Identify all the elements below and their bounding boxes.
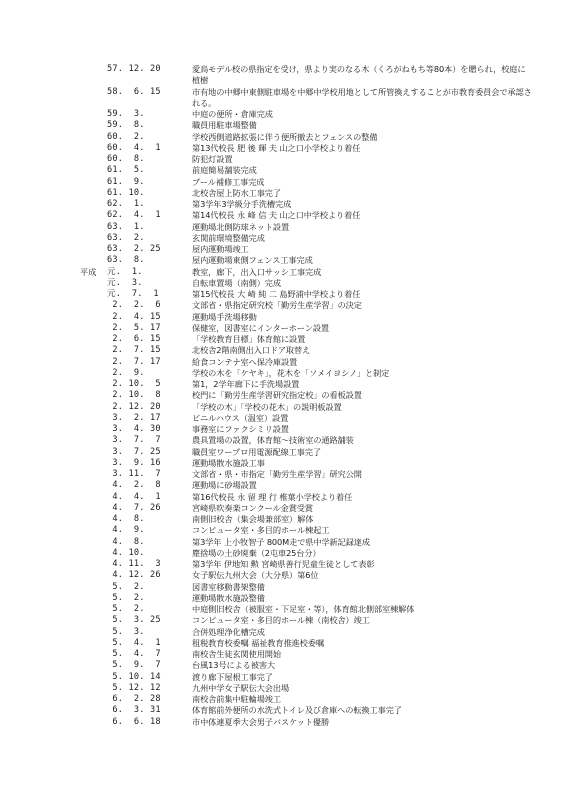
entry-date: 62. 4. 1 [107,210,187,221]
timeline-entry: 62. 1. 第3学年3学級分手洗槽完成 [0,199,566,210]
entry-text: 渡り廊下屋根工事完了 [192,672,532,683]
entry-text: 北校舎屋上防水工事完了 [192,188,532,199]
entry-date: 2. 6. 15 [107,334,187,345]
entry-text: 運動場に砂場設置 [192,480,532,491]
entry-date: 5. 4. 7 [107,649,187,660]
timeline-entry: 60. 8. 防犯灯設置 [0,154,566,165]
entry-text: 第1，2学年廊下に手洗場設置 [192,379,532,390]
school-history-timeline: 57. 12. 20 愛鳥モデル校の県指定を受け，県より実のなる木（くろがねもち… [0,64,566,728]
entry-text: コンピュータ室・多目的ホール棟（南校舎）竣工 [192,615,532,626]
timeline-entry: 5. 4. 7 南校舎生徒玄関使用開始 [0,649,566,660]
entry-text: 保健室，図書室にインターホーン設置 [192,323,532,334]
entry-date: 5. 4. 1 [107,638,187,649]
entry-text: 第15代校長 大 崎 純 二 島野浦中学校より着任 [192,289,532,300]
timeline-entry: 2. 5. 17 保健室，図書室にインターホーン設置 [0,323,566,334]
timeline-entry: 4. 8. 南側旧校舎（集会場兼部室）解体 [0,514,566,525]
entry-text: 防犯灯設置 [192,154,532,165]
timeline-entry: 5. 2. 中庭側旧校舎（被服室・下足室・等），体育館北側部室棟解体 [0,604,566,615]
timeline-entry: 3. 9. 16 運動場散水施設工事 [0,458,566,469]
entry-date: 63. 2. [107,233,187,244]
entry-date: 62. 1. [107,199,187,210]
entry-text: 事務室にファクシミリ設置 [192,424,532,435]
timeline-entry: 5. 12. 12 九州中学女子駅伝大会出場 [0,683,566,694]
entry-text: 第3学年3学級分手洗槽完成 [192,199,532,210]
timeline-entry: 61. 5. 前庭簡易舗装完成 [0,165,566,176]
entry-date: 5. 3. 25 [107,615,187,626]
entry-date: 2. 10. 5 [107,379,187,390]
timeline-entry: 60. 4. 1 第13代校長 肥 後 輝 夫 山之口小学校より着任 [0,143,566,154]
timeline-entry: 2. 9. 学校の木を「ケヤキ」，花木を「ソメイヨシノ」と制定 [0,368,566,379]
timeline-entry: 4. 10. 塵捨場の土砂廃棄（2屯車25台分） [0,548,566,559]
entry-date: 5. 2. [107,593,187,604]
timeline-entry: 元. 7. 1 第15代校長 大 崎 純 二 島野浦中学校より着任 [0,289,566,300]
entry-text: 職員室ワープロ用電源配線工事完了 [192,447,532,458]
timeline-entry: 2. 7. 15 北校舎2階南側出入口ドア取替え [0,345,566,356]
entry-date: 2. 10. 8 [107,390,187,401]
entry-date: 2. 7. 17 [107,357,187,368]
entry-date: 4. 12. 26 [107,570,187,581]
entry-date: 60. 2. [107,132,187,143]
entry-text: 台風13号による被害大 [192,660,532,671]
entry-text: コンピュータ室・多目的ホール棟起工 [192,525,532,536]
entry-date: 6. 6. 18 [107,717,187,728]
entry-date: 57. 12. 20 [107,64,187,75]
entry-date: 元. 7. 1 [107,289,187,300]
timeline-entry: 63. 2. 玄関前環境整備完成 [0,233,566,244]
entry-date: 4. 8. [107,514,187,525]
entry-text: 運動場散水施設整備 [192,593,532,604]
timeline-entry: 2. 7. 17 給食コンテナ室へ保冷庫設置 [0,357,566,368]
entry-text: 給食コンテナ室へ保冷庫設置 [192,357,532,368]
timeline-entry: 4. 12. 26 女子駅伝九州大会（大分県）第6位 [0,570,566,581]
entry-date: 63. 8. [107,255,187,266]
entry-text: 市有地の中郷中東側駐車場を中郷中学校用地として所管換えすることが市教育委員会で承… [192,87,532,110]
timeline-entry: 2. 6. 15 「学校教育目標」体育館に設置 [0,334,566,345]
entry-text: 文部省・県指定研究校「勤労生産学習」の決定 [192,300,532,311]
timeline-entry: 3. 7. 25 職員室ワープロ用電源配線工事完了 [0,447,566,458]
timeline-entry: 元. 3. 自転車置場（南側）完成 [0,278,566,289]
entry-date: 元. 1. [107,267,187,278]
timeline-entry: 4. 9. コンピュータ室・多目的ホール棟起工 [0,525,566,536]
timeline-entry: 4. 7. 26 宮崎県吹奏楽コンクール金賞受賞 [0,503,566,514]
entry-text: 農具置場の設置，体育館～技術室の通路舗装 [192,435,532,446]
entry-text: 第3学年 上小牧智子 800M走で県中学新記録達成 [192,537,532,548]
entry-text: 運動場北側防球ネット設置 [192,222,532,233]
entry-date: 元. 3. [107,278,187,289]
timeline-entry: 5. 2. 運動場散水施設整備 [0,593,566,604]
timeline-entry: 63. 1. 運動場北側防球ネット設置 [0,222,566,233]
timeline-entry: 60. 2. 学校西側道路拡張に伴う便所撤去とフェンスの整備 [0,132,566,143]
entry-date: 3. 4. 30 [107,424,187,435]
entry-date: 2. 5. 17 [107,323,187,334]
entry-date: 2. 4. 15 [107,312,187,323]
entry-date: 5. 12. 12 [107,683,187,694]
entry-text: 運動場手洗場移動 [192,312,532,323]
entry-text: 「学校の木」「学校の花木」の説明板設置 [192,402,532,413]
timeline-entry: 3. 11. 7 文部省・県・市指定「勤労生産学習」研究公開 [0,469,566,480]
entry-text: 学校西側道路拡張に伴う便所撤去とフェンスの整備 [192,132,532,143]
entry-text: 中庭側旧校舎（被服室・下足室・等），体育館北側部室棟解体 [192,604,532,615]
entry-date: 3. 11. 7 [107,469,187,480]
entry-date: 5. 9. 7 [107,660,187,671]
entry-text: 屋内運動場竣工 [192,244,532,255]
entry-text: プール補修工事完成 [192,177,532,188]
entry-date: 60. 8. [107,154,187,165]
entry-date: 2. 12. 20 [107,402,187,413]
timeline-entry: 5. 9. 7 台風13号による被害大 [0,660,566,671]
entry-text: 前庭簡易舗装完成 [192,165,532,176]
entry-date: 2. 2. 6 [107,300,187,311]
entry-date: 63. 1. [107,222,187,233]
entry-date: 5. 3. [107,627,187,638]
entry-text: 北校舎2階南側出入口ドア取替え [192,345,532,356]
entry-date: 4. 4. 1 [107,492,187,503]
timeline-entry: 5. 10. 14 渡り廊下屋根工事完了 [0,672,566,683]
timeline-entry: 4. 2. 8 運動場に砂場設置 [0,480,566,491]
entry-date: 4. 11. 3 [107,559,187,570]
entry-text: 職員用駐車場整備 [192,120,532,131]
timeline-entry: 2. 10. 8 校門に「勤労生産学習研究指定校」の看板設置 [0,390,566,401]
timeline-entry: 63. 2. 25 屋内運動場竣工 [0,244,566,255]
entry-text: 合併処理浄化槽完成 [192,627,532,638]
entry-text: 九州中学女子駅伝大会出場 [192,683,532,694]
entry-date: 3. 2. 17 [107,413,187,424]
entry-text: 屋内運動場東側フェンス工事完成 [192,255,532,266]
timeline-entry: 61. 9. プール補修工事完成 [0,177,566,188]
timeline-entry: 2. 10. 5 第1，2学年廊下に手洗場設置 [0,379,566,390]
entry-text: 塵捨場の土砂廃棄（2屯車25台分） [192,548,532,559]
entry-text: 「学校教育目標」体育館に設置 [192,334,532,345]
entry-text: 学校の木を「ケヤキ」，花木を「ソメイヨシノ」と制定 [192,368,532,379]
entry-date: 58. 6. 15 [107,87,187,98]
entry-text: 体育館前外便所の水洗式トイレ及び倉庫への転換工事完了 [192,705,532,716]
entry-text: 南校舎前集中駐輪場竣工 [192,694,532,705]
entry-date: 60. 4. 1 [107,143,187,154]
timeline-entry: 4. 8. 第3学年 上小牧智子 800M走で県中学新記録達成 [0,537,566,548]
entry-date: 61. 5. [107,165,187,176]
timeline-entry: 2. 12. 20 「学校の木」「学校の花木」の説明板設置 [0,402,566,413]
timeline-entry: 57. 12. 20 愛鳥モデル校の県指定を受け，県より実のなる木（くろがねもち… [0,64,566,87]
entry-date: 6. 2. 28 [107,694,187,705]
timeline-entry: 3. 7. 7 農具置場の設置，体育館～技術室の通路舗装 [0,435,566,446]
entry-date: 3. 7. 7 [107,435,187,446]
entry-date: 5. 2. [107,604,187,615]
timeline-entry: 59. 8. 職員用駐車場整備 [0,120,566,131]
entry-date: 61. 9. [107,177,187,188]
entry-text: 玄関前環境整備完成 [192,233,532,244]
entry-text: 文部省・県・市指定「勤労生産学習」研究公開 [192,469,532,480]
entry-text: 自転車置場（南側）完成 [192,278,532,289]
entry-text: 市中体連夏季大会男子バスケット優勝 [192,717,532,728]
timeline-entry: 63. 8. 屋内運動場東側フェンス工事完成 [0,255,566,266]
timeline-entry: 6. 2. 28 南校舎前集中駐輪場竣工 [0,694,566,705]
entry-text: 愛鳥モデル校の県指定を受け，県より実のなる木（くろがねもち等80本）を贈られ，校… [192,64,532,87]
entry-date: 4. 10. [107,548,187,559]
timeline-entry: 58. 6. 15 市有地の中郷中東側駐車場を中郷中学校用地として所管換えするこ… [0,87,566,110]
entry-date: 2. 7. 15 [107,345,187,356]
entry-text: 女子駅伝九州大会（大分県）第6位 [192,570,532,581]
entry-date: 61. 10. [107,188,187,199]
entry-text: 中庭の便所・倉庫完成 [192,109,532,120]
entry-date: 3. 9. 16 [107,458,187,469]
entry-text: 宮崎県吹奏楽コンクール金賞受賞 [192,503,532,514]
timeline-entry: 61. 10. 北校舎屋上防水工事完了 [0,188,566,199]
entry-date: 5. 2. [107,582,187,593]
timeline-entry: 5. 3. 合併処理浄化槽完成 [0,627,566,638]
timeline-entry: 5. 3. 25 コンピュータ室・多目的ホール棟（南校舎）竣工 [0,615,566,626]
timeline-entry: 5. 4. 1 租税教育校委嘱 福祉教育推進校委嘱 [0,638,566,649]
entry-text: 租税教育校委嘱 福祉教育推進校委嘱 [192,638,532,649]
entry-text: ビニルハウス（温室）設置 [192,413,532,424]
entry-text: 第13代校長 肥 後 輝 夫 山之口小学校より着任 [192,143,532,154]
document-page: 57. 12. 20 愛鳥モデル校の県指定を受け，県より実のなる木（くろがねもち… [0,0,566,800]
entry-text: 第16代校長 永 留 理 行 椎葉小学校より着任 [192,492,532,503]
entry-text: 南校舎生徒玄関使用開始 [192,649,532,660]
timeline-entry: 6. 6. 18 市中体連夏季大会男子バスケット優勝 [0,717,566,728]
entry-date: 2. 9. [107,368,187,379]
timeline-entry: 6. 3. 31 体育館前外便所の水洗式トイレ及び倉庫への転換工事完了 [0,705,566,716]
timeline-entry: 2. 4. 15 運動場手洗場移動 [0,312,566,323]
entry-date: 6. 3. 31 [107,705,187,716]
timeline-entry: 4. 4. 1 第16代校長 永 留 理 行 椎葉小学校より着任 [0,492,566,503]
entry-text: 運動場散水施設工事 [192,458,532,469]
entry-date: 4. 7. 26 [107,503,187,514]
timeline-entry: 5. 2. 図書室移動書架整備 [0,582,566,593]
timeline-entry: 2. 2. 6 文部省・県指定研究校「勤労生産学習」の決定 [0,300,566,311]
entry-text: 第3学年 伊地知 勲 宮崎県善行児童生徒として表彰 [192,559,532,570]
entry-text: 図書室移動書架整備 [192,582,532,593]
entry-date: 4. 8. [107,537,187,548]
entry-date: 63. 2. 25 [107,244,187,255]
entry-date: 3. 7. 25 [107,447,187,458]
entry-text: 校門に「勤労生産学習研究指定校」の看板設置 [192,390,532,401]
entry-text: 南側旧校舎（集会場兼部室）解体 [192,514,532,525]
entry-date: 4. 2. 8 [107,480,187,491]
timeline-entry: 4. 11. 3 第3学年 伊地知 勲 宮崎県善行児童生徒として表彰 [0,559,566,570]
entry-date: 59. 3. [107,109,187,120]
timeline-entry: 平成 元. 1. 教室，廊下，出入口サッシ工事完成 [0,267,566,278]
entry-text: 第14代校長 永 峰 信 夫 山之口中学校より着任 [192,210,532,221]
entry-text: 教室，廊下，出入口サッシ工事完成 [192,267,532,278]
timeline-entry: 59. 3. 中庭の便所・倉庫完成 [0,109,566,120]
timeline-entry: 3. 4. 30 事務室にファクシミリ設置 [0,424,566,435]
entry-date: 5. 10. 14 [107,672,187,683]
entry-date: 59. 8. [107,120,187,131]
era-label: 平成 [80,267,104,278]
timeline-entry: 3. 2. 17 ビニルハウス（温室）設置 [0,413,566,424]
entry-date: 4. 9. [107,525,187,536]
timeline-entry: 62. 4. 1 第14代校長 永 峰 信 夫 山之口中学校より着任 [0,210,566,221]
